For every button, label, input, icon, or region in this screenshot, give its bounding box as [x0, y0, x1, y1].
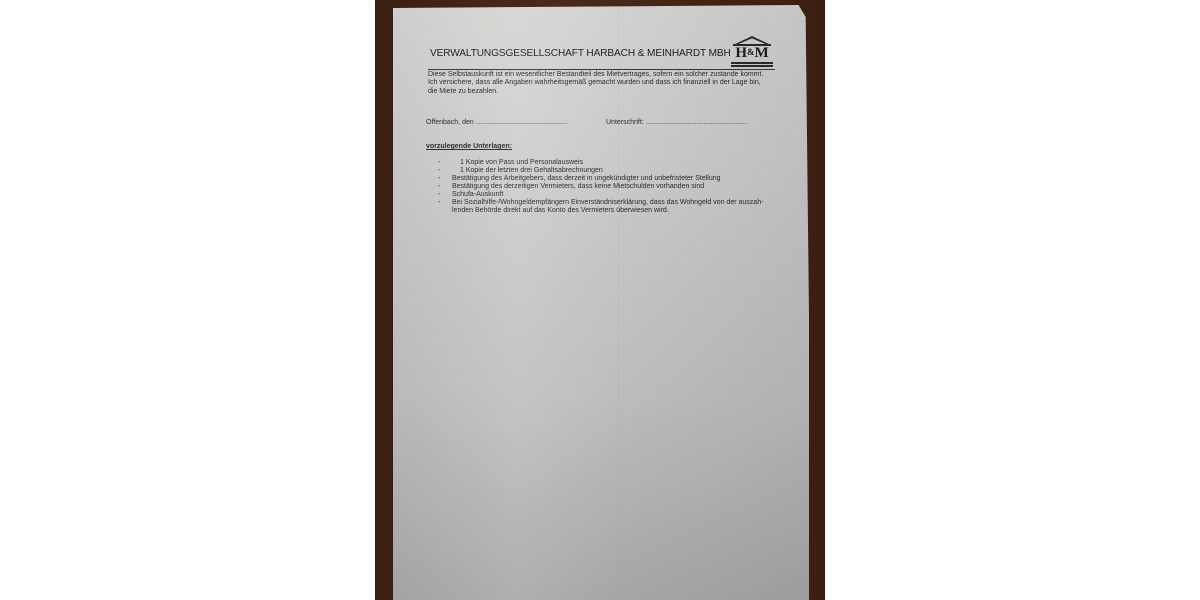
place-date-blank: ........................................… [476, 119, 567, 126]
intro-line: Diese Selbstauskunft ist ein wesentliche… [428, 71, 778, 79]
list-item: - 1 Kopie der letzten drei Gehaltsabrech… [438, 167, 778, 175]
list-item-text: Bestätigung des derzeitigen Vermieters, … [452, 183, 704, 190]
list-item: - Schufa-Auskunft [438, 191, 778, 199]
list-item: - Bestätigung des Arbeitgebers, dass der… [438, 175, 778, 183]
logo-monogram: H&M [729, 45, 775, 61]
list-item: - Bei Sozialhilfe-/Wohngeldempfängern Ei… [438, 199, 778, 215]
list-item: - 1 Kopie von Pass und Personalausweis [438, 159, 778, 167]
intro-paragraph: Diese Selbstauskunft ist ein wesentliche… [428, 71, 778, 96]
place-date-label: Offenbach, den [426, 119, 474, 126]
document-photo: VERWALTUNGSGESELLSCHAFT HARBACH & MEINHA… [375, 0, 825, 600]
logo-letter-m: M [755, 45, 769, 61]
required-docs-heading: vorzulegende Unterlagen: [426, 143, 512, 150]
company-name: VERWALTUNGSGESELLSCHAFT HARBACH & MEINHA… [430, 47, 731, 59]
list-item: - Bestätigung des derzeitigen Vermieters… [438, 183, 778, 191]
signature-label: Unterschrift: [606, 119, 644, 126]
header-divider [428, 69, 775, 70]
place-date-field: Offenbach, den .........................… [426, 119, 567, 126]
list-dash: - [438, 159, 440, 167]
list-item-text: Bestätigung des Arbeitgebers, dass derze… [452, 175, 721, 182]
list-item-continuation: lenden Behörde direkt auf das Konto des … [452, 207, 778, 215]
list-item-text: 1 Kopie von Pass und Personalausweis [452, 159, 583, 166]
intro-line: Ich versichere, dass alle Angaben wahrhe… [428, 79, 778, 87]
required-docs-list: - 1 Kopie von Pass und Personalausweis -… [438, 159, 778, 215]
house-roof-logo-icon: H&M [729, 34, 775, 68]
letterhead: VERWALTUNGSGESELLSCHAFT HARBACH & MEINHA… [428, 41, 778, 67]
list-dash: - [438, 183, 440, 191]
logo-letter-h: H [735, 45, 747, 61]
list-dash: - [438, 191, 440, 199]
list-item-text: Schufa-Auskunft [452, 191, 503, 198]
list-item-text: Bei Sozialhilfe-/Wohngeldempfängern Einv… [452, 199, 763, 206]
list-dash: - [438, 167, 440, 175]
list-dash: - [438, 175, 440, 183]
logo-base-lines [731, 62, 773, 64]
list-dash: - [438, 199, 440, 207]
paper-sheet: VERWALTUNGSGESELLSCHAFT HARBACH & MEINHA… [393, 5, 809, 600]
intro-line: die Miete zu bezahlen. [428, 88, 778, 96]
logo-ampersand: & [747, 47, 755, 57]
signature-field: Unterschrift: ..........................… [606, 119, 747, 126]
list-item-text: 1 Kopie der letzten drei Gehaltsabrechnu… [452, 167, 603, 174]
logo-roof-shape [731, 36, 773, 44]
signature-blank: ........................................… [646, 119, 747, 126]
